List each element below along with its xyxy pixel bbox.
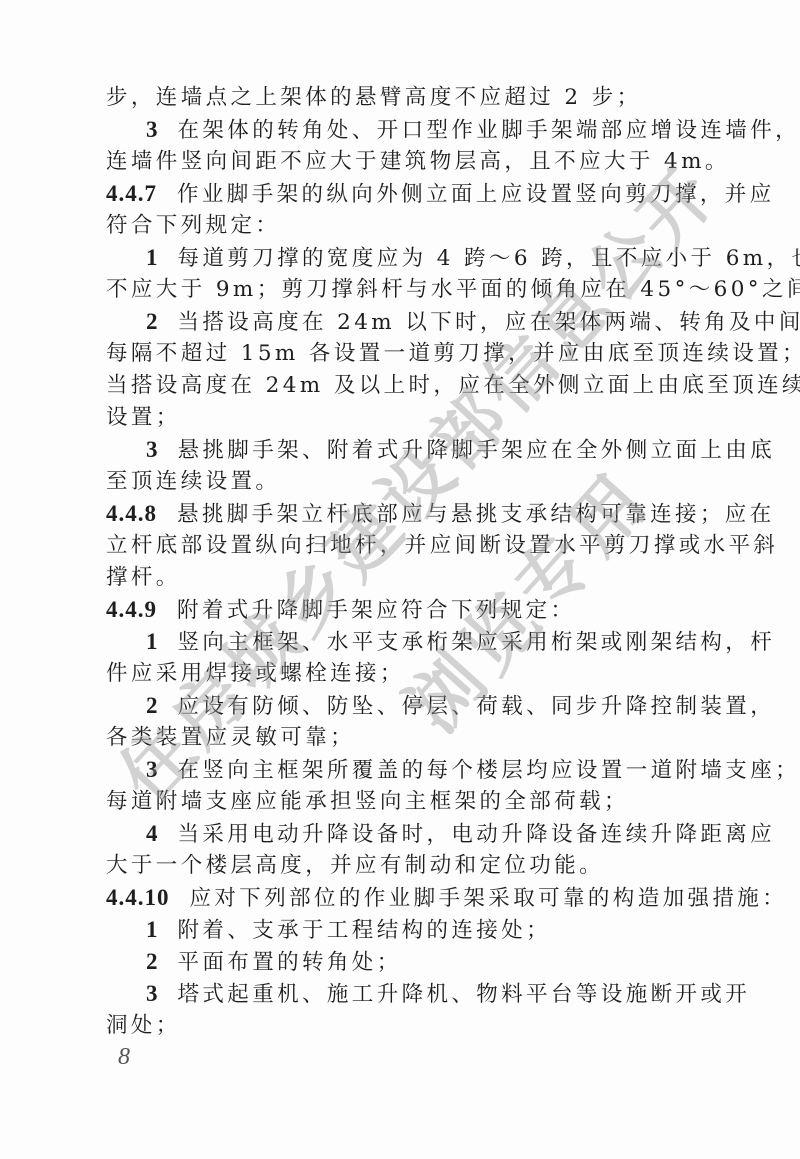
- line-text: 在架体的转角处、开口型作业脚手架端部应增设连墙件，: [178, 118, 800, 143]
- item-number: 2: [146, 693, 158, 718]
- document-page: 步，连墙点之上架体的悬臂高度不应超过 2 步；3在架体的转角处、开口型作业脚手架…: [0, 0, 800, 1159]
- line-text: 当搭设高度在 24m 以下时，应在架体两端、转角及中间: [178, 310, 800, 335]
- line-text: 每道剪刀撑的宽度应为 4 跨～6 跨，且不应小于 6m，也: [178, 246, 800, 271]
- text-line: 符合下列规定：: [106, 210, 698, 242]
- line-text: 当搭设高度在 24m 及以上时，应在全外侧立面上由底至顶连续: [106, 373, 800, 398]
- line-text: 大于一个楼层高度，并应有制动和定位功能。: [106, 853, 604, 878]
- list-item-line: 2当搭设高度在 24m 以下时，应在架体两端、转角及中间: [106, 306, 698, 338]
- line-text: 应设有防倾、防坠、停层、荷载、同步升降控制装置，: [178, 694, 776, 719]
- text-line: 每道附墙支座应能承担竖向主框架的全部荷载；: [106, 786, 698, 818]
- line-text: 附着式升降脚手架应符合下列规定：: [177, 598, 575, 623]
- line-text: 撑杆。: [106, 565, 181, 590]
- line-text: 在竖向主框架所覆盖的每个楼层均应设置一道附墙支座；: [178, 758, 800, 783]
- clause-number: 4.4.8: [106, 501, 157, 526]
- list-item-line: 2应设有防倾、防坠、停层、荷载、同步升降控制装置，: [106, 690, 698, 722]
- clause-heading-line: 4.4.8悬挑脚手架立杆底部应与悬挑支承结构可靠连接；应在: [106, 498, 698, 530]
- line-text: 每隔不超过 15m 各设置一道剪刀撑，并应由底至顶连续设置；: [106, 341, 800, 366]
- line-text: 应对下列部位的作业脚手架采取可靠的构造加强措施：: [190, 886, 788, 911]
- document-body: 步，连墙点之上架体的悬臂高度不应超过 2 步；3在架体的转角处、开口型作业脚手架…: [106, 82, 698, 1042]
- item-number: 3: [146, 437, 158, 462]
- line-text: 设置；: [106, 405, 181, 430]
- line-text: 附着、支承于工程结构的连接处；: [178, 918, 552, 943]
- clause-heading-line: 4.4.9附着式升降脚手架应符合下列规定：: [106, 594, 698, 626]
- list-item-line: 3悬挑脚手架、附着式升降脚手架应在全外侧立面上由底: [106, 434, 698, 466]
- line-text: 每道附墙支座应能承担竖向主框架的全部荷载；: [106, 789, 629, 814]
- list-item-line: 3在架体的转角处、开口型作业脚手架端部应增设连墙件，: [106, 114, 698, 146]
- item-number: 1: [146, 629, 158, 654]
- line-text: 洞处；: [106, 1013, 181, 1038]
- list-item-line: 3在竖向主框架所覆盖的每个楼层均应设置一道附墙支座；: [106, 754, 698, 786]
- text-line: 立杆底部设置纵向扫地杆，并应间断设置水平剪刀撑或水平斜: [106, 530, 698, 562]
- text-line: 当搭设高度在 24m 及以上时，应在全外侧立面上由底至顶连续: [106, 370, 698, 402]
- list-item-line: 1附着、支承于工程结构的连接处；: [106, 914, 698, 946]
- clause-heading-line: 4.4.10应对下列部位的作业脚手架采取可靠的构造加强措施：: [106, 882, 698, 914]
- line-text: 符合下列规定：: [106, 213, 280, 238]
- item-number: 1: [146, 917, 158, 942]
- line-text: 竖向主框架、水平支承桁架应采用桁架或刚架结构，杆: [178, 630, 776, 655]
- item-number: 2: [146, 309, 158, 334]
- text-line: 大于一个楼层高度，并应有制动和定位功能。: [106, 850, 698, 882]
- line-text: 件应采用焊接或螺栓连接；: [106, 661, 405, 686]
- list-item-line: 3塔式起重机、施工升降机、物料平台等设施断开或开: [106, 978, 698, 1010]
- text-line: 各类装置应灵敏可靠；: [106, 722, 698, 754]
- line-text: 至顶连续设置。: [106, 469, 280, 494]
- list-item-line: 1竖向主框架、水平支承桁架应采用桁架或刚架结构，杆: [106, 626, 698, 658]
- list-item-line: 4当采用电动升降设备时，电动升降设备连续升降距离应: [106, 818, 698, 850]
- line-text: 悬挑脚手架、附着式升降脚手架应在全外侧立面上由底: [178, 438, 776, 463]
- clause-number: 4.4.10: [106, 885, 170, 910]
- line-text: 步，连墙点之上架体的悬臂高度不应超过 2 步；: [106, 85, 642, 110]
- item-number: 4: [146, 821, 158, 846]
- text-line: 洞处；: [106, 1010, 698, 1042]
- text-line: 设置；: [106, 402, 698, 434]
- clause-heading-line: 4.4.7作业脚手架的纵向外侧立面上应设置竖向剪刀撑，并应: [106, 178, 698, 210]
- item-number: 2: [146, 949, 158, 974]
- text-line: 撑杆。: [106, 562, 698, 594]
- page-number: 8: [118, 1044, 130, 1071]
- clause-number: 4.4.9: [106, 597, 157, 622]
- item-number: 3: [146, 981, 158, 1006]
- clause-number: 4.4.7: [106, 181, 157, 206]
- text-line: 连墙件竖向间距不应大于建筑物层高，且不应大于 4m。: [106, 146, 698, 178]
- line-text: 作业脚手架的纵向外侧立面上应设置竖向剪刀撑，并应: [177, 182, 775, 207]
- item-number: 3: [146, 757, 158, 782]
- line-text: 不应大于 9m；剪刀撑斜杆与水平面的倾角应在 45°～60°之间；: [106, 277, 800, 302]
- line-text: 塔式起重机、施工升降机、物料平台等设施断开或开: [178, 982, 751, 1007]
- text-line: 步，连墙点之上架体的悬臂高度不应超过 2 步；: [106, 82, 698, 114]
- item-number: 1: [146, 245, 158, 270]
- line-text: 连墙件竖向间距不应大于建筑物层高，且不应大于 4m。: [106, 149, 730, 174]
- text-line: 每隔不超过 15m 各设置一道剪刀撑，并应由底至顶连续设置；: [106, 338, 698, 370]
- text-line: 件应采用焊接或螺栓连接；: [106, 658, 698, 690]
- text-line: 至顶连续设置。: [106, 466, 698, 498]
- item-number: 3: [146, 117, 158, 142]
- line-text: 各类装置应灵敏可靠；: [106, 725, 355, 750]
- line-text: 当采用电动升降设备时，电动升降设备连续升降距离应: [178, 822, 776, 847]
- list-item-line: 1每道剪刀撑的宽度应为 4 跨～6 跨，且不应小于 6m，也: [106, 242, 698, 274]
- line-text: 平面布置的转角处；: [178, 950, 402, 975]
- line-text: 悬挑脚手架立杆底部应与悬挑支承结构可靠连接；应在: [177, 502, 775, 527]
- line-text: 立杆底部设置纵向扫地杆，并应间断设置水平剪刀撑或水平斜: [106, 533, 778, 558]
- list-item-line: 2平面布置的转角处；: [106, 946, 698, 978]
- text-line: 不应大于 9m；剪刀撑斜杆与水平面的倾角应在 45°～60°之间；: [106, 274, 698, 306]
